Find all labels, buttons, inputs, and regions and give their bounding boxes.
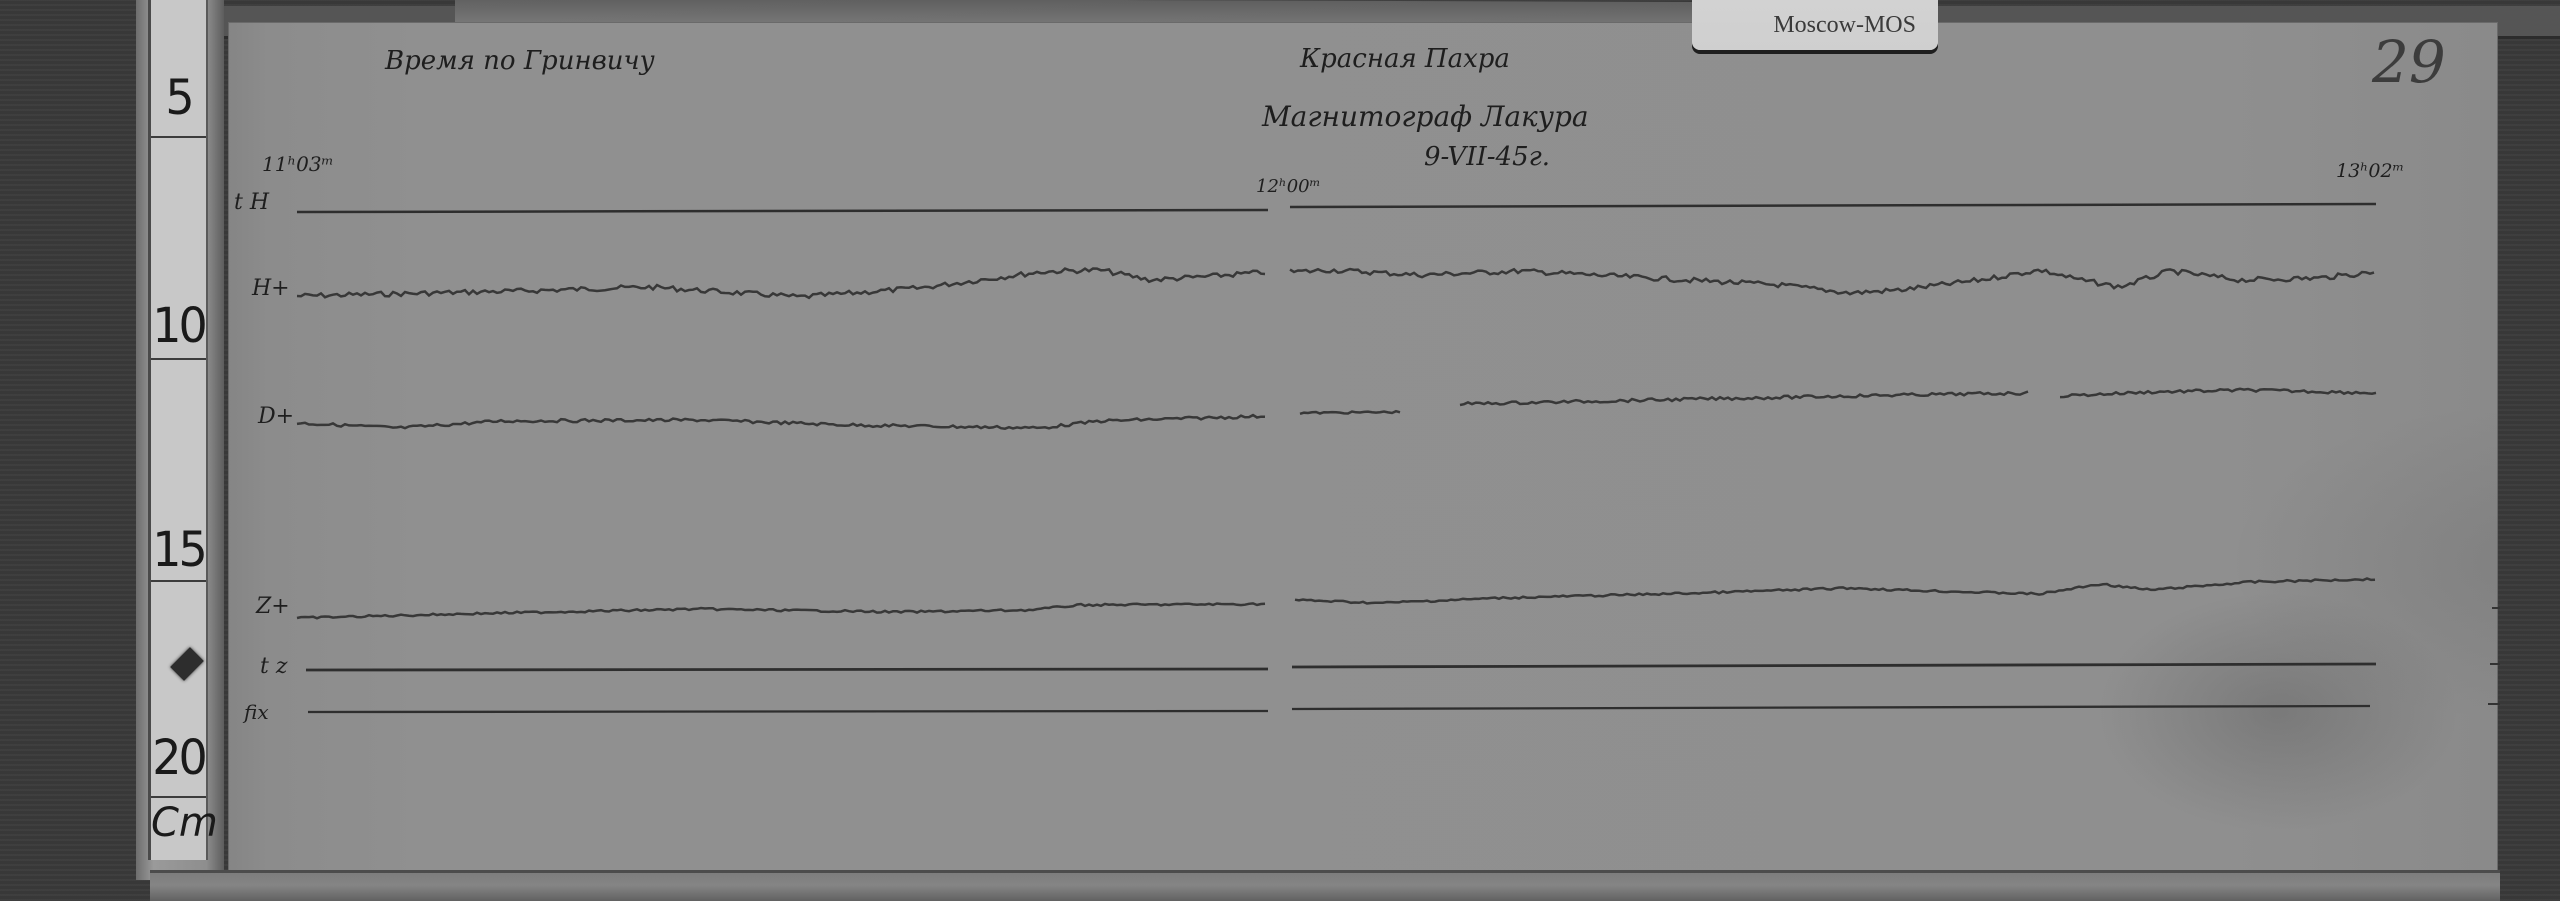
magnetogram-traces: [0, 0, 2560, 901]
